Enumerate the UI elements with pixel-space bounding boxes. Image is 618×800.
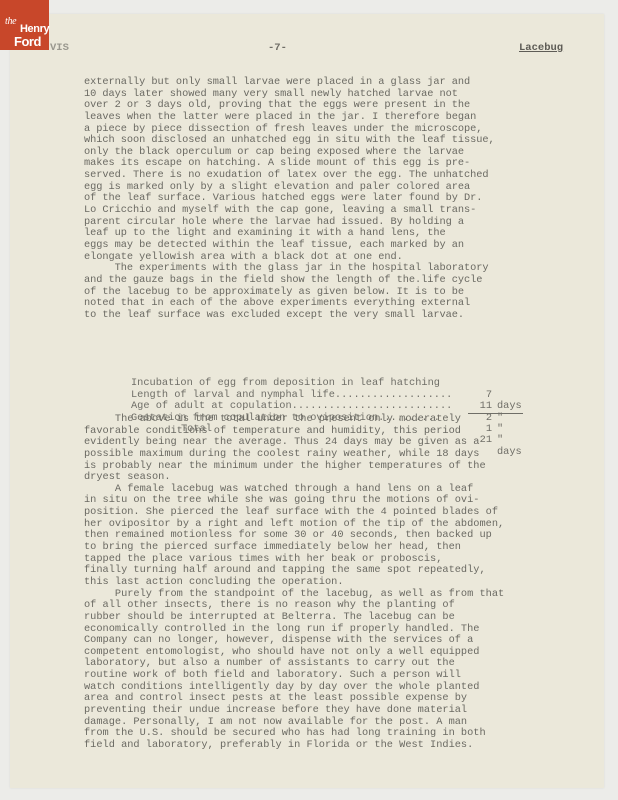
table-row: Incubation of egg from deposition in lea…: [131, 367, 556, 378]
text-line: this last action concluding the operatio…: [84, 577, 564, 589]
text-line: field and laboratory, preferably in Flor…: [84, 740, 564, 752]
paragraph-observations: The above is the total under the present…: [84, 414, 564, 752]
text-line: to bring the pierced surface immediately…: [84, 542, 564, 554]
text-line: eggs may be detected within the leaf tis…: [84, 240, 554, 252]
text-line: The above is the total under the present…: [84, 414, 564, 426]
text-line: preventing their undue increase before t…: [84, 705, 564, 717]
text-line: and the gauze bags in the field show the…: [84, 275, 554, 287]
header-subject: Lacebug: [519, 42, 563, 54]
table-row: Age of adult at copulation..............…: [131, 390, 556, 401]
paragraph-egg-dissection: externally but only small larvae were pl…: [84, 77, 554, 321]
text-line: externally but only small larvae were pl…: [84, 77, 554, 89]
text-line: to the leaf surface was excluded except …: [84, 310, 554, 322]
header-author: VIS: [50, 42, 69, 54]
logo-the: the: [5, 16, 16, 27]
table-row: Length of larval and nymphal life.......…: [131, 378, 556, 389]
text-line: leaves when the latter were placed in th…: [84, 112, 554, 124]
text-line: rubber should be interrupted at Belterra…: [84, 612, 564, 624]
text-line: routine work of both field and laborator…: [84, 670, 564, 682]
henry-ford-logo: the Henry Ford: [0, 0, 49, 50]
text-line: Lo Cricchio and myself with the cap gone…: [84, 205, 554, 217]
page-number: -7-: [268, 42, 287, 54]
logo-ford: Ford: [14, 34, 41, 49]
table-row: Gestation from copulation to oviposition…: [131, 401, 556, 412]
text-line: possible maximum during the coolest rain…: [84, 449, 564, 461]
